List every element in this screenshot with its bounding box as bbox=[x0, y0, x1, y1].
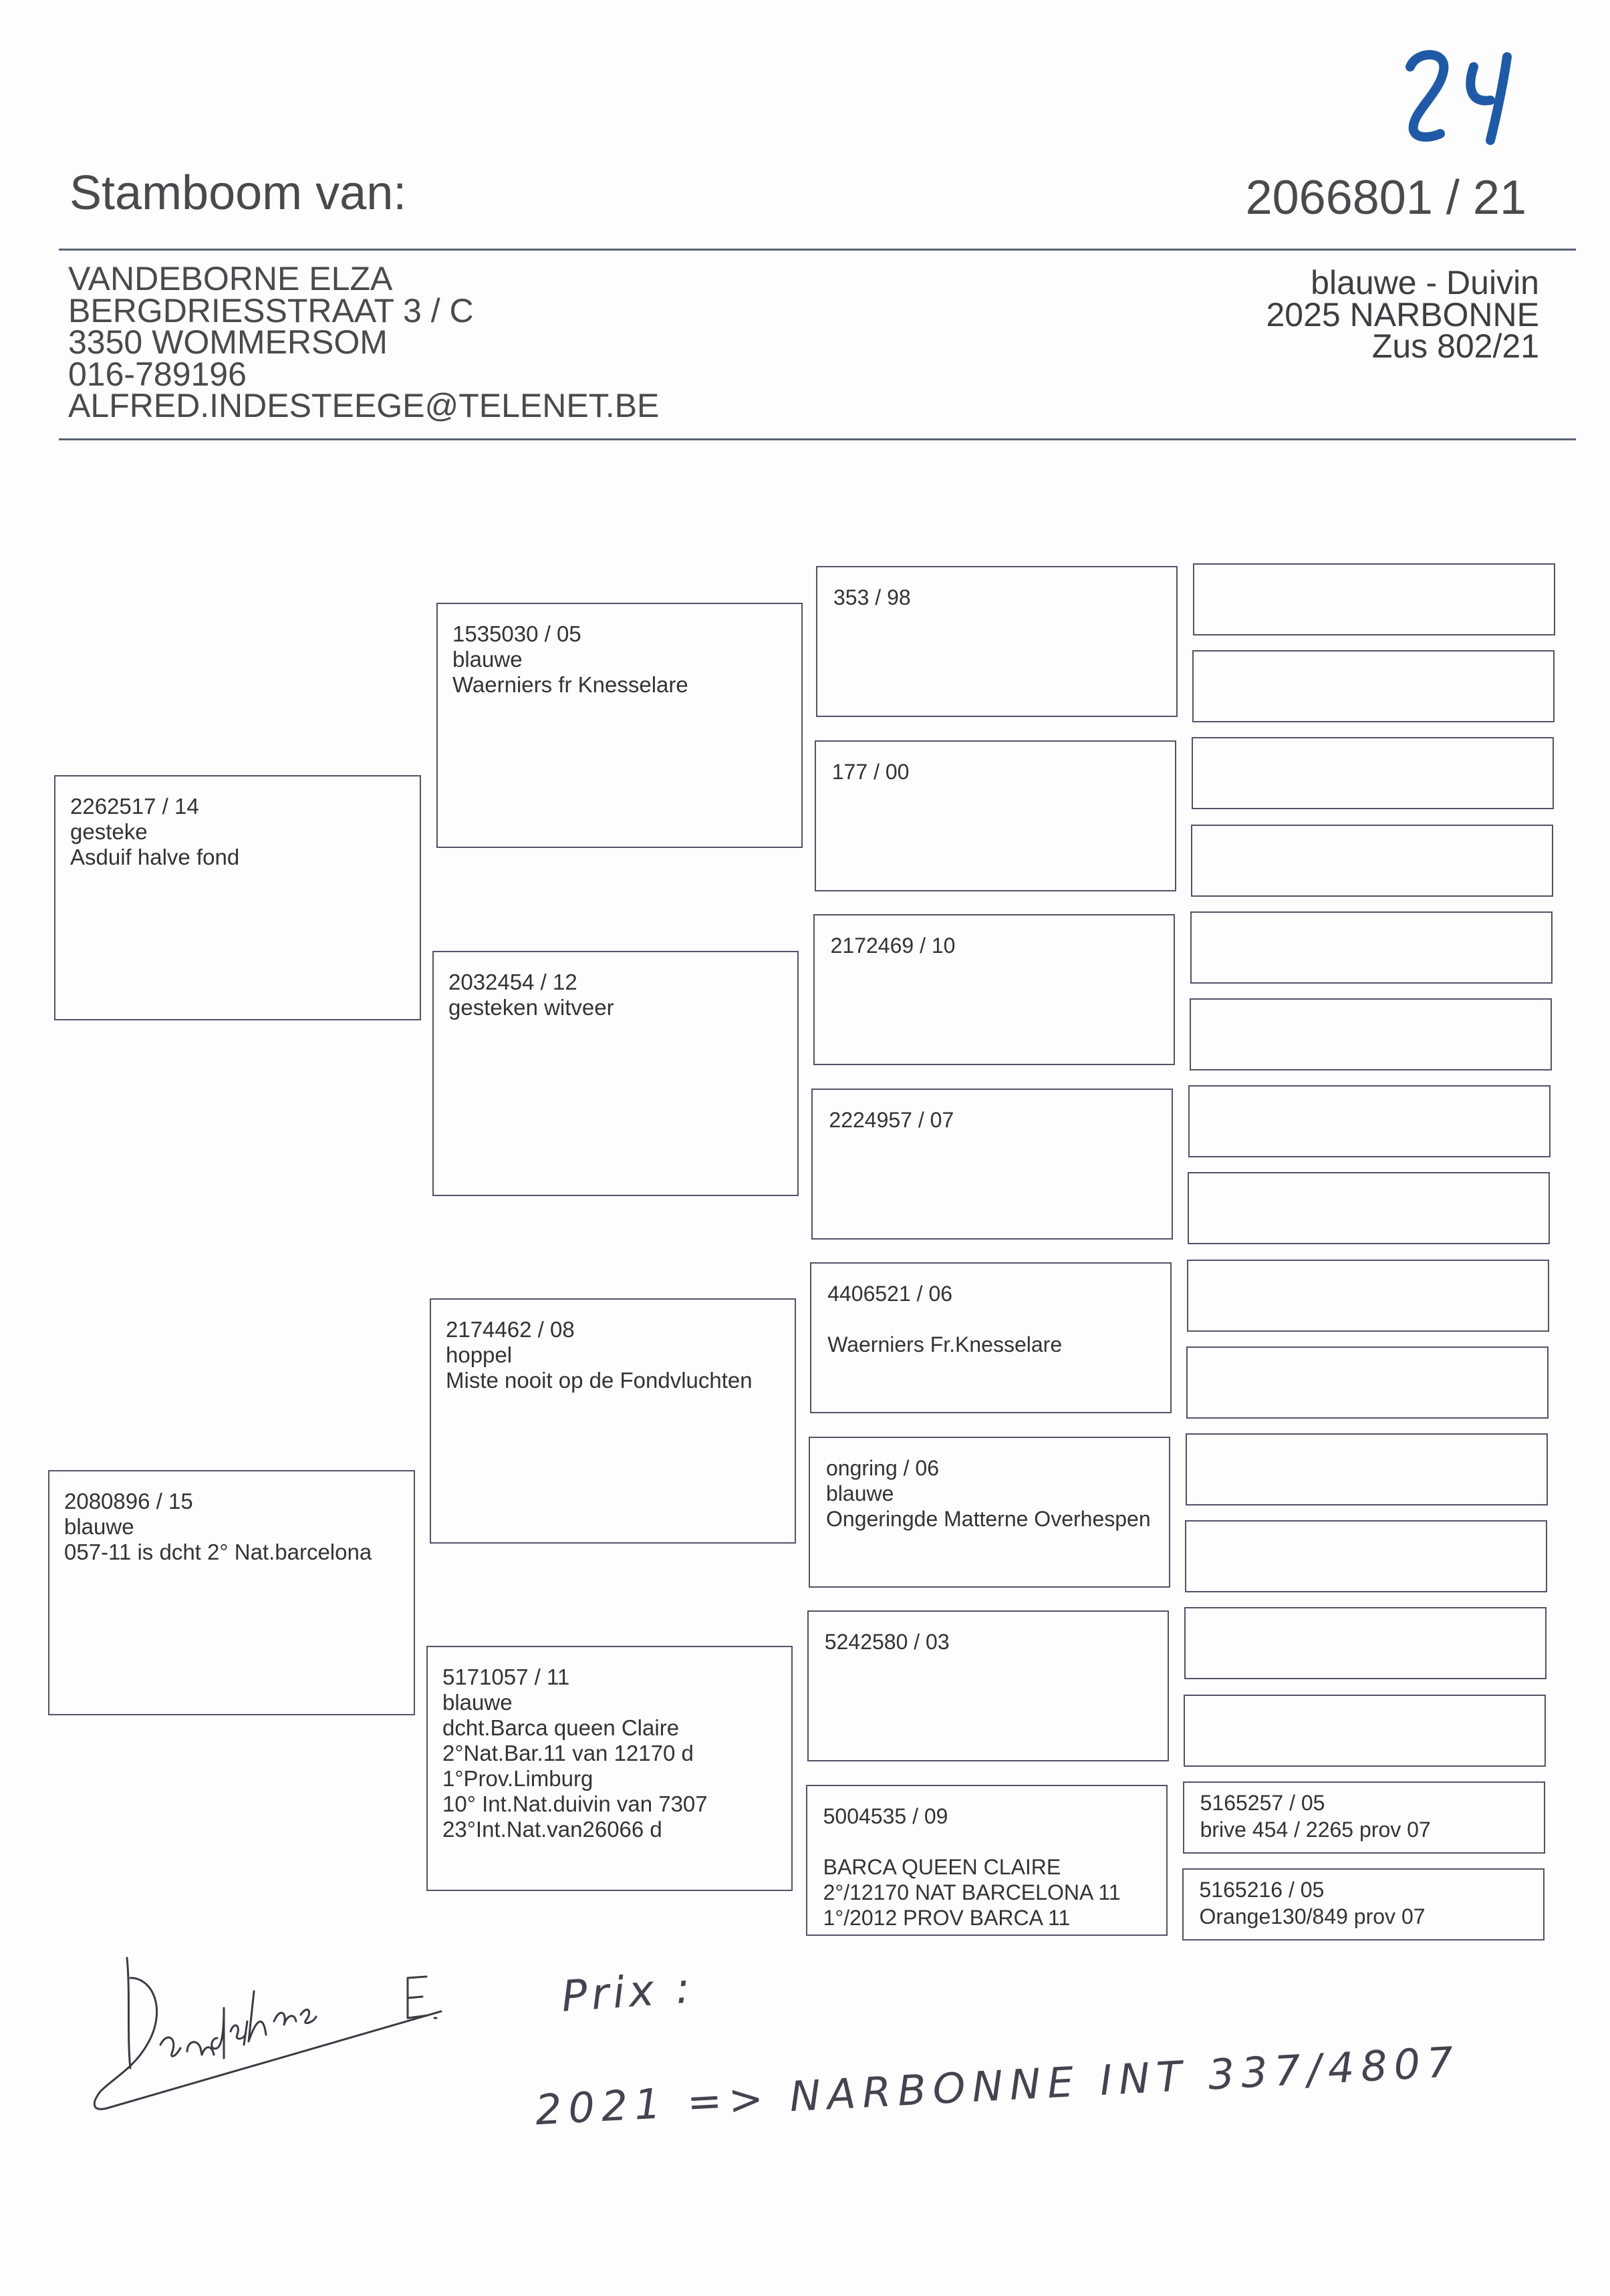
pedigree-box-gen4-2 bbox=[1192, 650, 1555, 722]
pedigree-box-gen2-4-text: 5171057 / 11 blauwe dcht.Barca queen Cla… bbox=[442, 1665, 708, 1842]
page-title: Stamboom van: bbox=[70, 166, 406, 221]
owner-block: VANDEBORNE ELZA BERGDRIESSTRAAT 3 / C 33… bbox=[68, 263, 659, 422]
pedigree-box-gen3-6: ongring / 06 blauwe Ongeringde Matterne … bbox=[809, 1437, 1170, 1588]
pedigree-box-gen2-3-text: 2174462 / 08 hoppel Miste nooit op de Fo… bbox=[446, 1317, 753, 1393]
pedigree-box-gen3-3-text: 2172469 / 10 bbox=[831, 933, 956, 958]
pedigree-box-gen2-1-text: 1535030 / 05 blauwe Waerniers fr Knessel… bbox=[452, 621, 688, 698]
owner-email[interactable]: ALFRED.INDESTEEGE@TELENET.BE bbox=[68, 390, 659, 422]
pedigree-box-gen3-6-text: ongring / 06 blauwe Ongeringde Matterne … bbox=[826, 1455, 1151, 1532]
pedigree-box-gen2-2: 2032454 / 12 gesteken witveer bbox=[432, 951, 799, 1196]
handwritten-page-number bbox=[1397, 40, 1530, 147]
pedigree-box-gen4-5 bbox=[1190, 911, 1553, 984]
pedigree-box-gen4-11 bbox=[1186, 1433, 1548, 1505]
pedigree-box-gen2-2-text: 2032454 / 12 gesteken witveer bbox=[448, 970, 614, 1020]
pedigree-box-gen3-5: 4406521 / 06 Waerniers Fr.Knesselare bbox=[810, 1262, 1172, 1413]
pedigree-box-gen4-3 bbox=[1192, 737, 1554, 809]
pedigree-box-gen3-7: 5242580 / 03 bbox=[807, 1610, 1169, 1761]
handwritten-prize-label: Prix : bbox=[560, 1963, 696, 2022]
pedigree-box-gen3-4-text: 2224957 / 07 bbox=[829, 1107, 954, 1133]
pedigree-box-gen4-16-text: 5165216 / 05 Orange130/849 prov 07 bbox=[1200, 1876, 1426, 1930]
pedigree-box-gen3-2-text: 177 / 00 bbox=[832, 759, 910, 784]
pedigree-box-gen4-10 bbox=[1186, 1346, 1549, 1419]
pedigree-box-gen4-15-text: 5165257 / 05 brive 454 / 2265 prov 07 bbox=[1200, 1789, 1431, 1843]
pedigree-box-gen4-14 bbox=[1184, 1695, 1546, 1767]
pedigree-box-gen3-4: 2224957 / 07 bbox=[811, 1089, 1173, 1240]
main-ring-number: 2066801 / 21 bbox=[1246, 170, 1526, 225]
pedigree-box-gen2-3: 2174462 / 08 hoppel Miste nooit op de Fo… bbox=[430, 1298, 796, 1544]
header-divider-bottom bbox=[59, 438, 1576, 440]
bird-info-block: blauwe - Duivin 2025 NARBONNE Zus 802/21 bbox=[1266, 267, 1540, 363]
pedigree-box-gen3-1: 353 / 98 bbox=[816, 566, 1178, 717]
pedigree-box-gen4-7 bbox=[1188, 1085, 1551, 1157]
pedigree-box-gen4-15: 5165257 / 05 brive 454 / 2265 prov 07 bbox=[1183, 1781, 1545, 1854]
pedigree-box-gen1-2: 2080896 / 15 blauwe 057-11 is dcht 2° Na… bbox=[48, 1470, 415, 1715]
pedigree-box-gen4-9 bbox=[1187, 1260, 1549, 1332]
header-divider-top bbox=[59, 249, 1576, 251]
pedigree-box-gen4-12 bbox=[1185, 1520, 1547, 1592]
pedigree-box-gen3-8: 5004535 / 09 BARCA QUEEN CLAIRE 2°/12170… bbox=[806, 1785, 1168, 1936]
bird-highlight: 2025 NARBONNE bbox=[1266, 299, 1540, 331]
pedigree-box-gen3-1-text: 353 / 98 bbox=[833, 585, 911, 610]
owner-phone: 016-789196 bbox=[68, 359, 659, 391]
pedigree-box-gen3-7-text: 5242580 / 03 bbox=[825, 1629, 950, 1655]
pedigree-box-gen2-1: 1535030 / 05 blauwe Waerniers fr Knessel… bbox=[436, 603, 803, 848]
signature-icon bbox=[80, 1951, 481, 2125]
pedigree-box-gen4-16: 5165216 / 05 Orange130/849 prov 07 bbox=[1182, 1868, 1545, 1941]
pedigree-box-gen1-2-text: 2080896 / 15 blauwe 057-11 is dcht 2° Na… bbox=[64, 1489, 372, 1565]
pedigree-box-gen4-13 bbox=[1184, 1607, 1547, 1679]
pedigree-box-gen4-8 bbox=[1188, 1172, 1550, 1244]
pedigree-box-gen3-2: 177 / 00 bbox=[815, 740, 1176, 891]
pedigree-box-gen4-6 bbox=[1190, 998, 1552, 1070]
pedigree-box-gen1-1: 2262517 / 14 gesteke Asduif halve fond bbox=[54, 775, 421, 1020]
pedigree-box-gen4-1 bbox=[1193, 563, 1555, 635]
owner-name: VANDEBORNE ELZA bbox=[68, 263, 659, 295]
pedigree-box-gen4-4 bbox=[1191, 825, 1553, 897]
owner-city: 3350 WOMMERSOM bbox=[68, 327, 659, 359]
pedigree-box-gen1-1-text: 2262517 / 14 gesteke Asduif halve fond bbox=[70, 794, 239, 870]
bird-color-sex: blauwe - Duivin bbox=[1266, 267, 1540, 299]
pedigree-box-gen2-4: 5171057 / 11 blauwe dcht.Barca queen Cla… bbox=[426, 1646, 793, 1891]
pedigree-box-gen3-8-text: 5004535 / 09 BARCA QUEEN CLAIRE 2°/12170… bbox=[823, 1804, 1121, 1930]
pedigree-box-gen3-3: 2172469 / 10 bbox=[813, 914, 1175, 1065]
bird-relation: Zus 802/21 bbox=[1266, 331, 1540, 363]
owner-street: BERGDRIESSTRAAT 3 / C bbox=[68, 295, 659, 327]
handwritten-prize-result: 2021 => NARBONNE INT 337/4807 bbox=[534, 2037, 1461, 2134]
pedigree-box-gen3-5-text: 4406521 / 06 Waerniers Fr.Knesselare bbox=[827, 1281, 1062, 1357]
